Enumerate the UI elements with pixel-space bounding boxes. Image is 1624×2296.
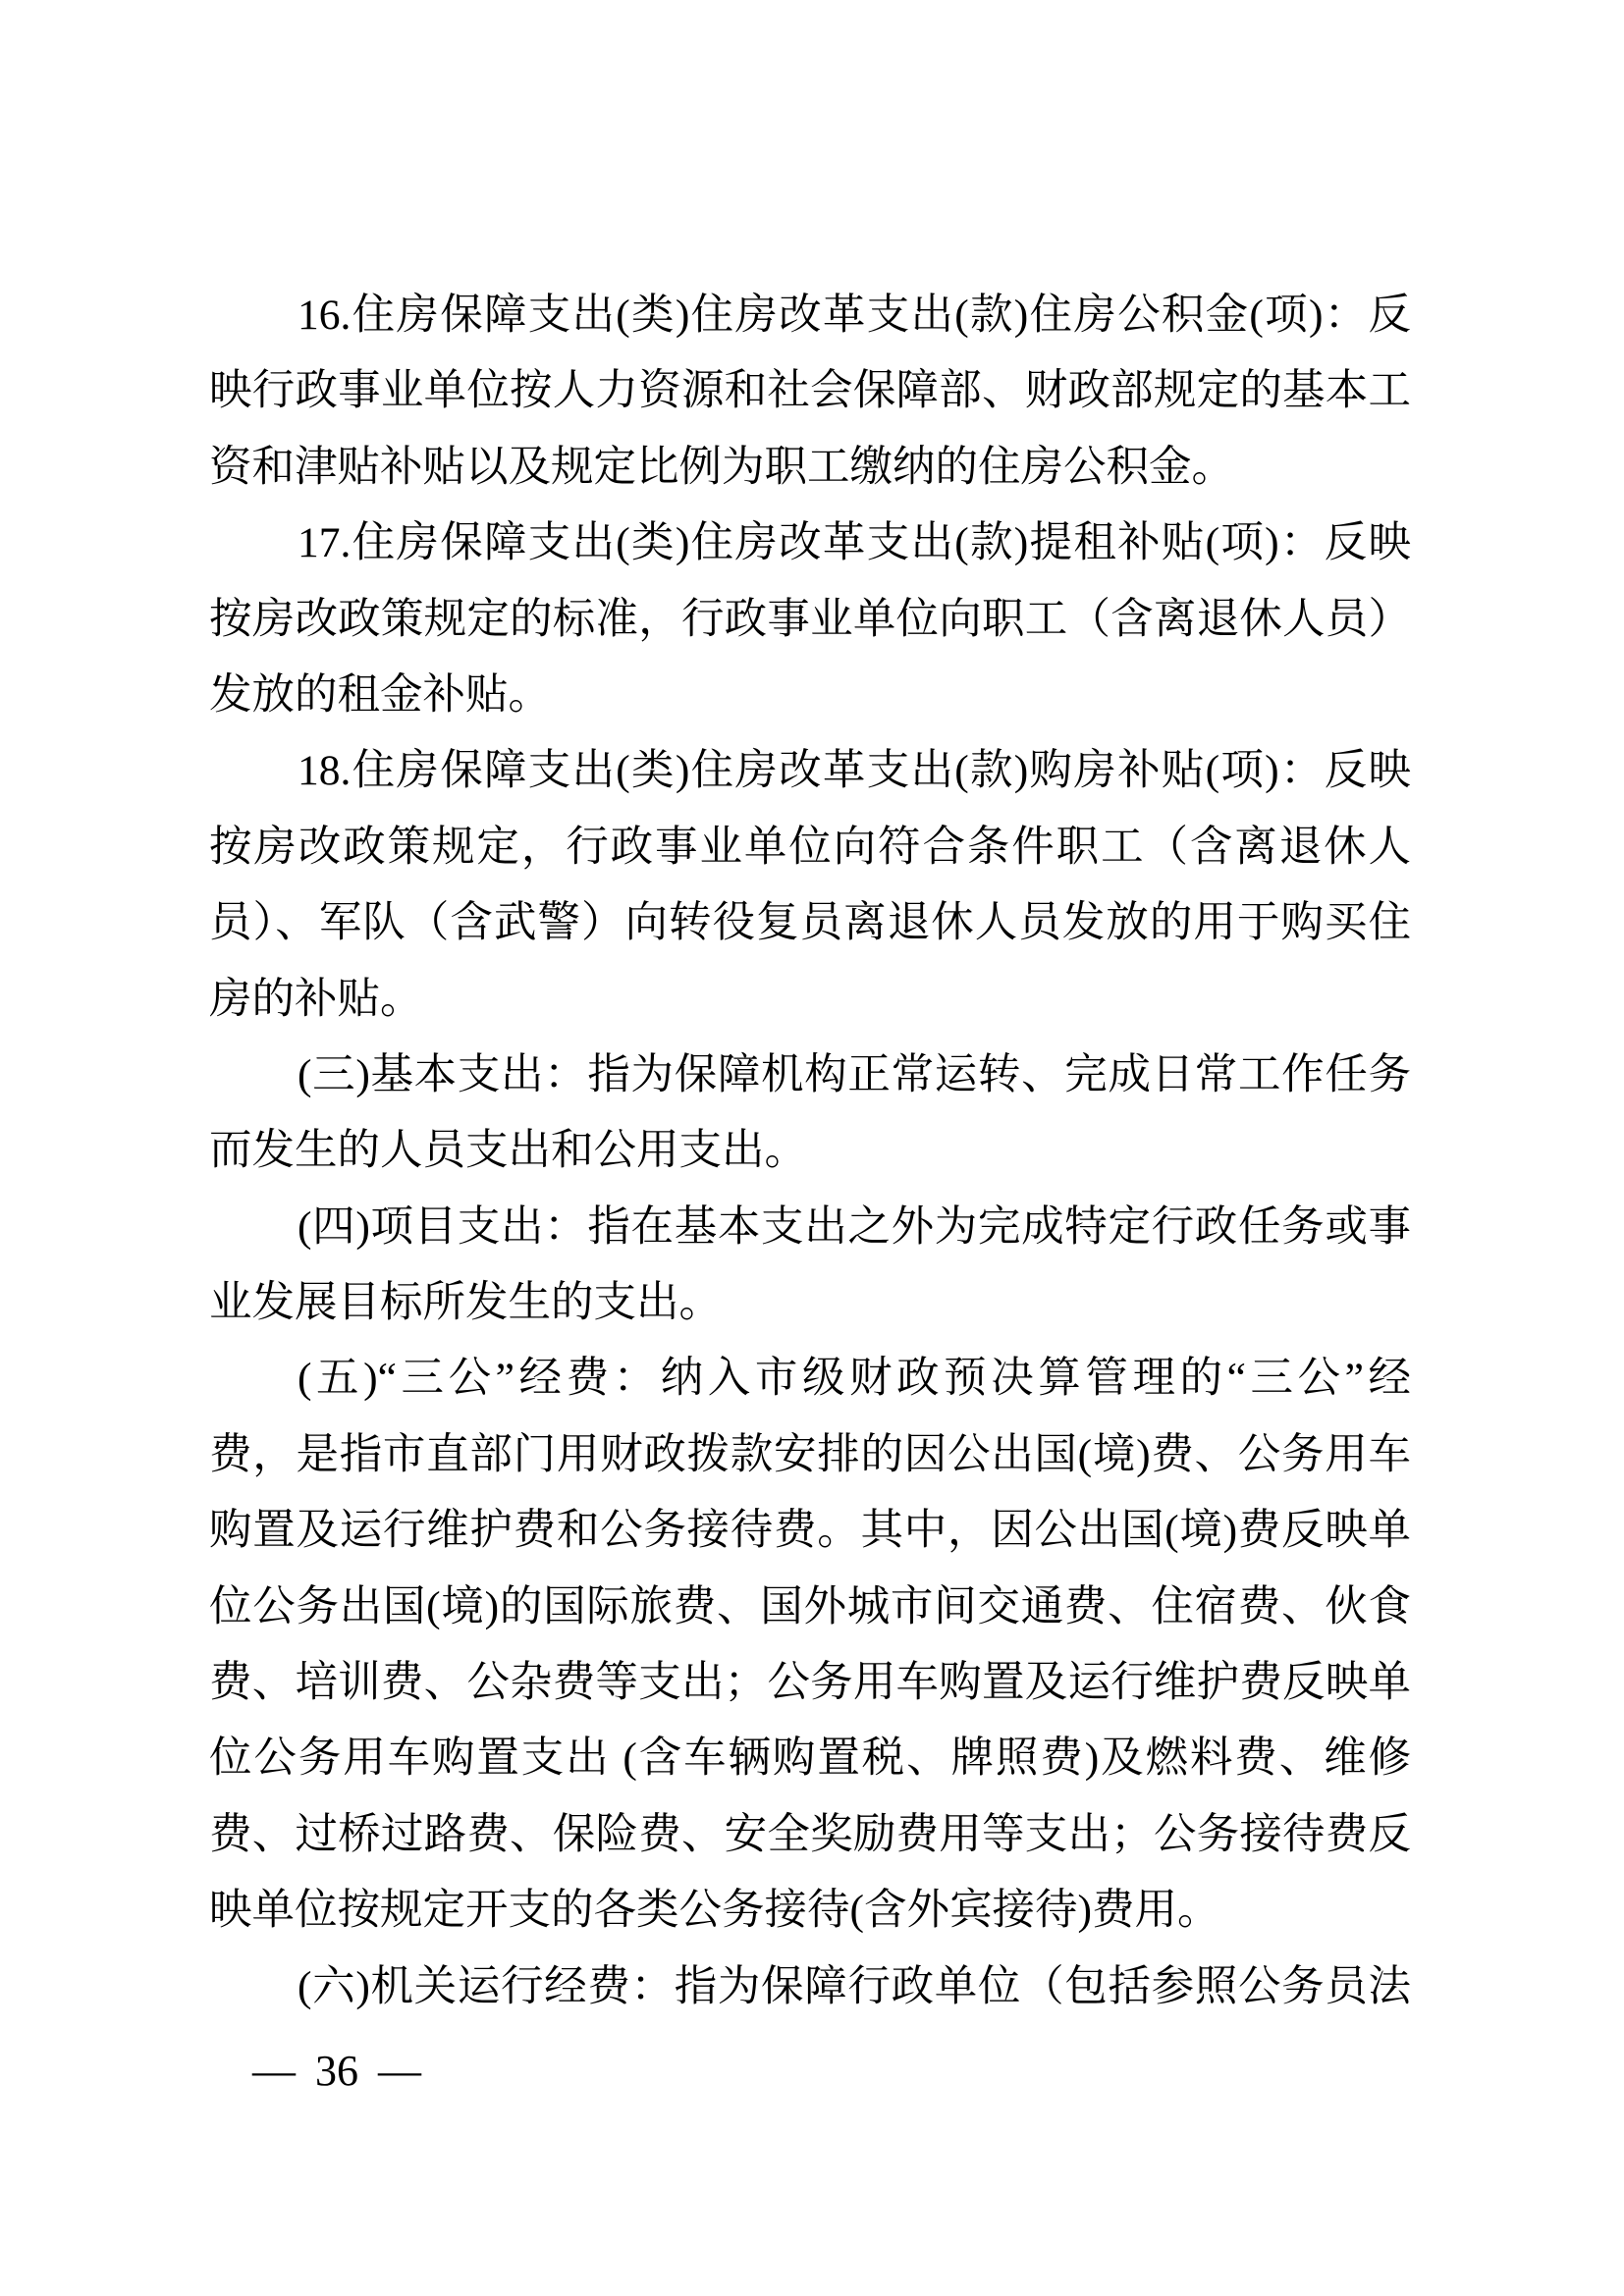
text-line: 费，是指市直部门用财政拨款安排的因公出国(境)费、公务用车 [209, 1417, 1411, 1493]
paragraph-item-5-three-public-funds: (五)“三公”经费：纳入市级财政预决算管理的“三公”经费，是指市直部门用财政拨款… [209, 1341, 1411, 1949]
text-line: (五)“三公”经费：纳入市级财政预决算管理的“三公”经 [209, 1341, 1411, 1416]
text-line: 业发展目标所发生的支出。 [209, 1265, 1411, 1341]
text-line: 位公务出国(境)的国际旅费、国外城市间交通费、住宿费、伙食 [209, 1570, 1411, 1645]
text-line: 18.住房保障支出(类)住房改革支出(款)购房补贴(项)：反映 [209, 733, 1411, 809]
paragraph-item-6-agency-operating-funds: (六)机关运行经费：指为保障行政单位（包括参照公务员法 [209, 1949, 1411, 2025]
text-line: (三)基本支出：指为保障机构正常运转、完成日常工作任务 [209, 1038, 1411, 1113]
text-line: (六)机关运行经费：指为保障行政单位（包括参照公务员法 [209, 1949, 1411, 2025]
paragraph-item-17-rent-subsidy: 17.住房保障支出(类)住房改革支出(款)提租补贴(项)：反映按房改政策规定的标… [209, 506, 1411, 733]
paragraph-item-4-project-expenditure: (四)项目支出：指在基本支出之外为完成特定行政任务或事业发展目标所发生的支出。 [209, 1190, 1411, 1342]
text-line: 位公务用车购置支出 (含车辆购置税、牌照费)及燃料费、维修 [209, 1721, 1411, 1796]
text-line: (四)项目支出：指在基本支出之外为完成特定行政任务或事 [209, 1190, 1411, 1265]
text-line: 房的补贴。 [209, 962, 1411, 1038]
text-line: 费、过桥过路费、保险费、安全奖励费用等支出；公务接待费反 [209, 1797, 1411, 1873]
text-line: 17.住房保障支出(类)住房改革支出(款)提租补贴(项)：反映 [209, 506, 1411, 581]
paragraph-item-18-home-purchase-subsidy: 18.住房保障支出(类)住房改革支出(款)购房补贴(项)：反映按房改政策规定，行… [209, 733, 1411, 1038]
text-line: 按房改政策规定的标准，行政事业单位向职工（含离退休人员） [209, 582, 1411, 658]
text-line: 发放的租金补贴。 [209, 658, 1411, 733]
text-line: 而发生的人员支出和公用支出。 [209, 1113, 1411, 1189]
text-line: 资和津贴补贴以及规定比例为职工缴纳的住房公积金。 [209, 430, 1411, 506]
text-line: 员）、军队（含武警）向转役复员离退休人员发放的用于购买住 [209, 885, 1411, 961]
text-line: 映行政事业单位按人力资源和社会保障部、财政部规定的基本工 [209, 353, 1411, 429]
paragraph-item-16-housing-provident-fund: 16.住房保障支出(类)住房改革支出(款)住房公积金(项)：反映行政事业单位按人… [209, 278, 1411, 506]
text-line: 映单位按规定开支的各类公务接待(含外宾接待)费用。 [209, 1873, 1411, 1949]
text-line: 16.住房保障支出(类)住房改革支出(款)住房公积金(项)：反 [209, 278, 1411, 353]
document-page: 16.住房保障支出(类)住房改革支出(款)住房公积金(项)：反映行政事业单位按人… [0, 0, 1624, 2296]
body-text: 16.住房保障支出(类)住房改革支出(款)住房公积金(项)：反映行政事业单位按人… [209, 278, 1411, 2025]
text-line: 按房改政策规定，行政事业单位向符合条件职工（含离退休人 [209, 810, 1411, 885]
text-line: 购置及运行维护费和公务接待费。其中，因公出国(境)费反映单 [209, 1493, 1411, 1569]
page-number: — 36 — [252, 2047, 421, 2096]
text-line: 费、培训费、公杂费等支出；公务用车购置及运行维护费反映单 [209, 1645, 1411, 1721]
paragraph-item-3-basic-expenditure: (三)基本支出：指为保障机构正常运转、完成日常工作任务而发生的人员支出和公用支出… [209, 1038, 1411, 1190]
